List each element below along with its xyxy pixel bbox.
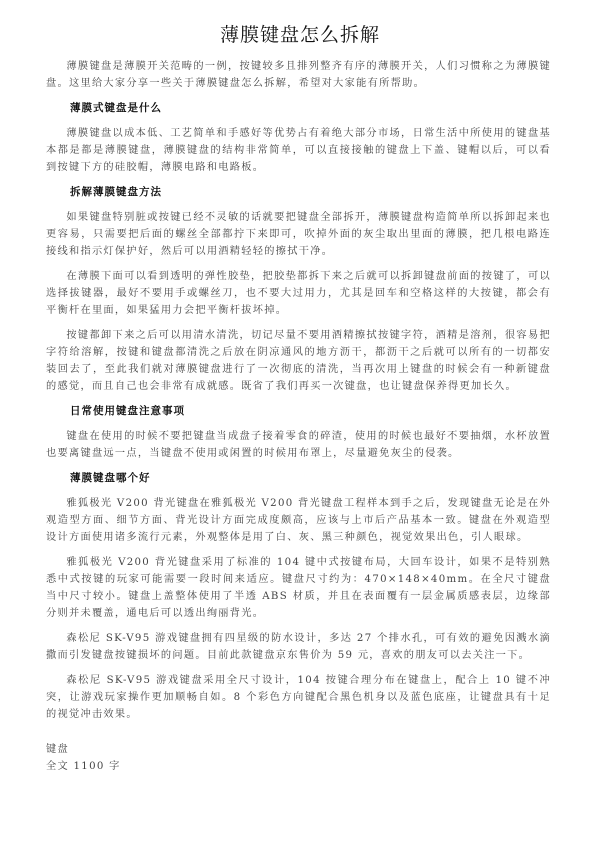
paragraph: 雅狐极光 V200 背光键盘采用了标准的 104 键中式按键布局，大回车设计，如… (46, 554, 551, 622)
paragraph: 如果键盘特别脏或按键已经不灵敏的话就要把键盘全部拆开，薄膜键盘构造简单所以拆卸起… (46, 209, 551, 260)
paragraph: 在薄膜下面可以看到透明的弹性胶垫，把胶垫都拆下来之后就可以拆卸键盘前面的按键了，… (46, 268, 551, 319)
paragraph: 雅狐极光 V200 背光键盘在雅狐极光 V200 背光键盘工程样本到手之后，发现… (46, 495, 551, 546)
page-title: 薄膜键盘怎么拆解 (0, 20, 600, 47)
tag-label: 键盘 (46, 741, 551, 758)
paragraph: 薄膜键盘以成本低、工艺简单和手感好等优势占有着绝大部分市场，日常生活中所使用的键… (46, 125, 551, 176)
footer-meta: 键盘 全文 1100 字 (46, 741, 551, 775)
section-heading-disassembly: 拆解薄膜键盘方法 (70, 184, 551, 201)
section-heading-recommendations: 薄膜键盘哪个好 (70, 470, 551, 487)
article-body: 薄膜键盘是薄膜开关范畴的一例，按键较多且排列整齐有序的薄膜开关，人们习惯称之为薄… (46, 58, 551, 775)
paragraph: 森松尼 SK-V95 游戏键盘采用全尺寸设计，104 按键合理分布在键盘上，配合… (46, 672, 551, 723)
paragraph: 键盘在使用的时候不要把键盘当成盘子接着零食的碎渣，使用的时候也最好不要抽烟，水杯… (46, 428, 551, 462)
section-heading-what-is: 薄膜式键盘是什么 (70, 100, 551, 117)
section-heading-daily-care: 日常使用键盘注意事项 (70, 403, 551, 420)
intro-paragraph: 薄膜键盘是薄膜开关范畴的一例，按键较多且排列整齐有序的薄膜开关，人们习惯称之为薄… (46, 58, 551, 92)
paragraph: 森松尼 SK-V95 游戏键盘拥有四星级的防水设计，多达 27 个排水孔，可有效… (46, 630, 551, 664)
word-count: 全文 1100 字 (46, 758, 551, 775)
paragraph: 按键都卸下来之后可以用清水清洗，切记尽量不要用酒精擦拭按键字符，酒精是溶剂，很容… (46, 327, 551, 395)
